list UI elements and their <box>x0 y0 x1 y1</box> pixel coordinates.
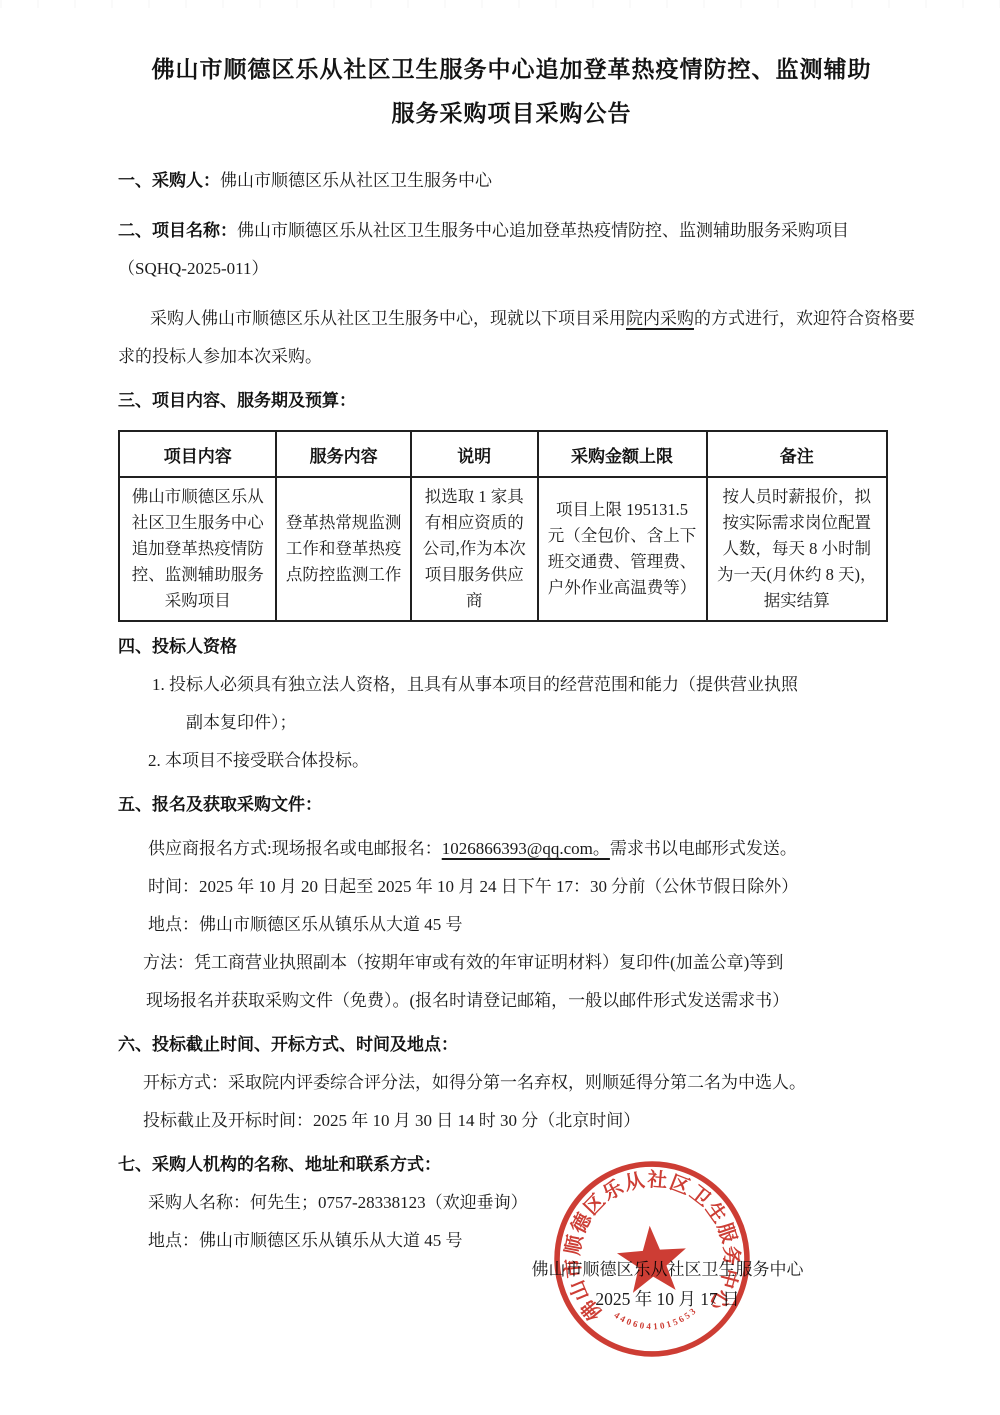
table-header-project-content: 项目内容 <box>119 431 276 477</box>
contact-name-line: 采购人名称：何先生；0757-28338123（欢迎垂询） <box>148 1184 905 1222</box>
document-page: 佛山市顺德区乐从社区卫生服务中心追加登革热疫情防控、监测辅助 服务采购项目采购公… <box>0 0 1000 1415</box>
seal-code: 4406041015653 <box>612 1304 701 1334</box>
table-header-service-content: 服务内容 <box>276 431 410 477</box>
table-header-row: 项目内容 服务内容 说明 采购金额上限 备注 <box>119 431 887 477</box>
registration-time-line: 时间：2025 年 10 月 20 日起至 2025 年 10 月 24 日下午… <box>148 868 905 906</box>
cell-remarks: 按人员时薪报价，拟按实际需求岗位配置人数，每天 8 小时制为一天(月休约 8 天… <box>707 477 888 621</box>
section-bidder-qualification-label: 四、投标人资格 <box>118 628 905 666</box>
intro-underlined-procurement-mode: 院内采购 <box>626 309 694 328</box>
section-project-name-value: 佛山市顺德区乐从社区卫生服务中心追加登革热疫情防控、监测辅助服务采购项目 <box>237 221 849 240</box>
table-header-amount-cap: 采购金额上限 <box>538 431 707 477</box>
seal-code-holder: 4406041015653 <box>612 1304 701 1334</box>
intro-paragraph-line2: 求的投标人参加本次采购。 <box>118 338 905 376</box>
table-row: 佛山市顺德区乐从社区卫生服务中心追加登革热疫情防控、监测辅助服务采购项目 登革热… <box>119 477 887 621</box>
cell-service-content: 登革热常规监测工作和登革热疫点防控监测工作 <box>276 477 410 621</box>
registration-procedure-line2: 现场报名并获取采购文件（免费）。(报名时请登记邮箱，一般以邮件形式发送需求书） <box>146 982 905 1020</box>
cell-project-content: 佛山市顺德区乐从社区卫生服务中心追加登革热疫情防控、监测辅助服务采购项目 <box>119 477 276 621</box>
scan-noise-artifact <box>0 0 1000 8</box>
section-purchaser: 一、采购人：佛山市顺德区乐从社区卫生服务中心 <box>118 162 905 200</box>
registration-method-pre: 供应商报名方式:现场报名或电邮报名： <box>148 839 442 858</box>
section-registration-label: 五、报名及获取采购文件： <box>118 786 905 824</box>
registration-method-line: 供应商报名方式:现场报名或电邮报名：1026866393@qq.com。需求书以… <box>148 830 905 868</box>
table-header-description: 说明 <box>411 431 538 477</box>
page-title-line2: 服务采购项目采购公告 <box>118 92 905 136</box>
registration-method-post: 需求书以电邮形式发送。 <box>610 839 797 858</box>
section-project-name-label: 二、项目名称： <box>118 221 237 240</box>
qualification-item2: 2. 本项目不接受联合体投标。 <box>148 742 905 780</box>
section-bid-opening-label: 六、投标截止时间、开标方式、时间及地点： <box>118 1026 905 1064</box>
registration-place-line: 地点：佛山市顺德区乐从镇乐从大道 45 号 <box>148 906 905 944</box>
table-header-remarks: 备注 <box>707 431 888 477</box>
bid-opening-method-line: 开标方式：采取院内评委综合评分法，如得分第一名弃权，则顺延得分第二名为中选人。 <box>143 1064 905 1102</box>
contact-address-line: 地点：佛山市顺德区乐从镇乐从大道 45 号 <box>148 1222 905 1260</box>
intro-pre: 采购人佛山市顺德区乐从社区卫生服务中心，现就以下项目采用 <box>150 309 626 328</box>
intro-post: 的方式进行，欢迎符合资格要 <box>694 309 915 328</box>
bid-deadline-line: 投标截止及开标时间：2025 年 10 月 30 日 14 时 30 分（北京时… <box>143 1102 905 1140</box>
page-title-line1: 佛山市顺德区乐从社区卫生服务中心追加登革热疫情防控、监测辅助 <box>118 48 905 92</box>
cell-description: 拟选取 1 家具有相应资质的公司,作为本次项目服务供应商 <box>411 477 538 621</box>
qualification-item1-line1: 1. 投标人必须具有独立法人资格，且具有从事本项目的经营范围和能力（提供营业执照 <box>152 666 905 704</box>
qualification-item1-line2: 副本复印件）； <box>186 704 905 742</box>
section-purchaser-value: 佛山市顺德区乐从社区卫生服务中心 <box>220 171 492 190</box>
section-contact-label: 七、采购人机构的名称、地址和联系方式： <box>118 1146 905 1184</box>
registration-email: 1026866393@qq.com。 <box>442 839 610 858</box>
intro-paragraph-line1: 采购人佛山市顺德区乐从社区卫生服务中心，现就以下项目采用院内采购的方式进行，欢迎… <box>118 300 905 338</box>
seal-star-icon <box>615 1223 689 1293</box>
cell-amount-cap: 项目上限 195131.5 元（全包价、含上下班交通费、管理费、户外作业高温费等… <box>538 477 707 621</box>
registration-procedure-line1: 方法：凭工商营业执照副本（按期年审或有效的年审证明材料）复印件(加盖公章)等到 <box>143 944 905 982</box>
project-table: 项目内容 服务内容 说明 采购金额上限 备注 佛山市顺德区乐从社区卫生服务中心追… <box>118 430 888 622</box>
section-project-name: 二、项目名称：佛山市顺德区乐从社区卫生服务中心追加登革热疫情防控、监测辅助服务采… <box>118 212 905 250</box>
page-title: 佛山市顺德区乐从社区卫生服务中心追加登革热疫情防控、监测辅助 服务采购项目采购公… <box>118 48 905 136</box>
official-seal: 佛山市顺德区乐从社区卫生服务中心 4406041015653 <box>544 1149 760 1369</box>
section-purchaser-label: 一、采购人： <box>118 171 220 190</box>
project-code: （SQHQ-2025-011） <box>118 250 905 288</box>
section-content-budget-label: 三、项目内容、服务期及预算： <box>118 382 905 420</box>
